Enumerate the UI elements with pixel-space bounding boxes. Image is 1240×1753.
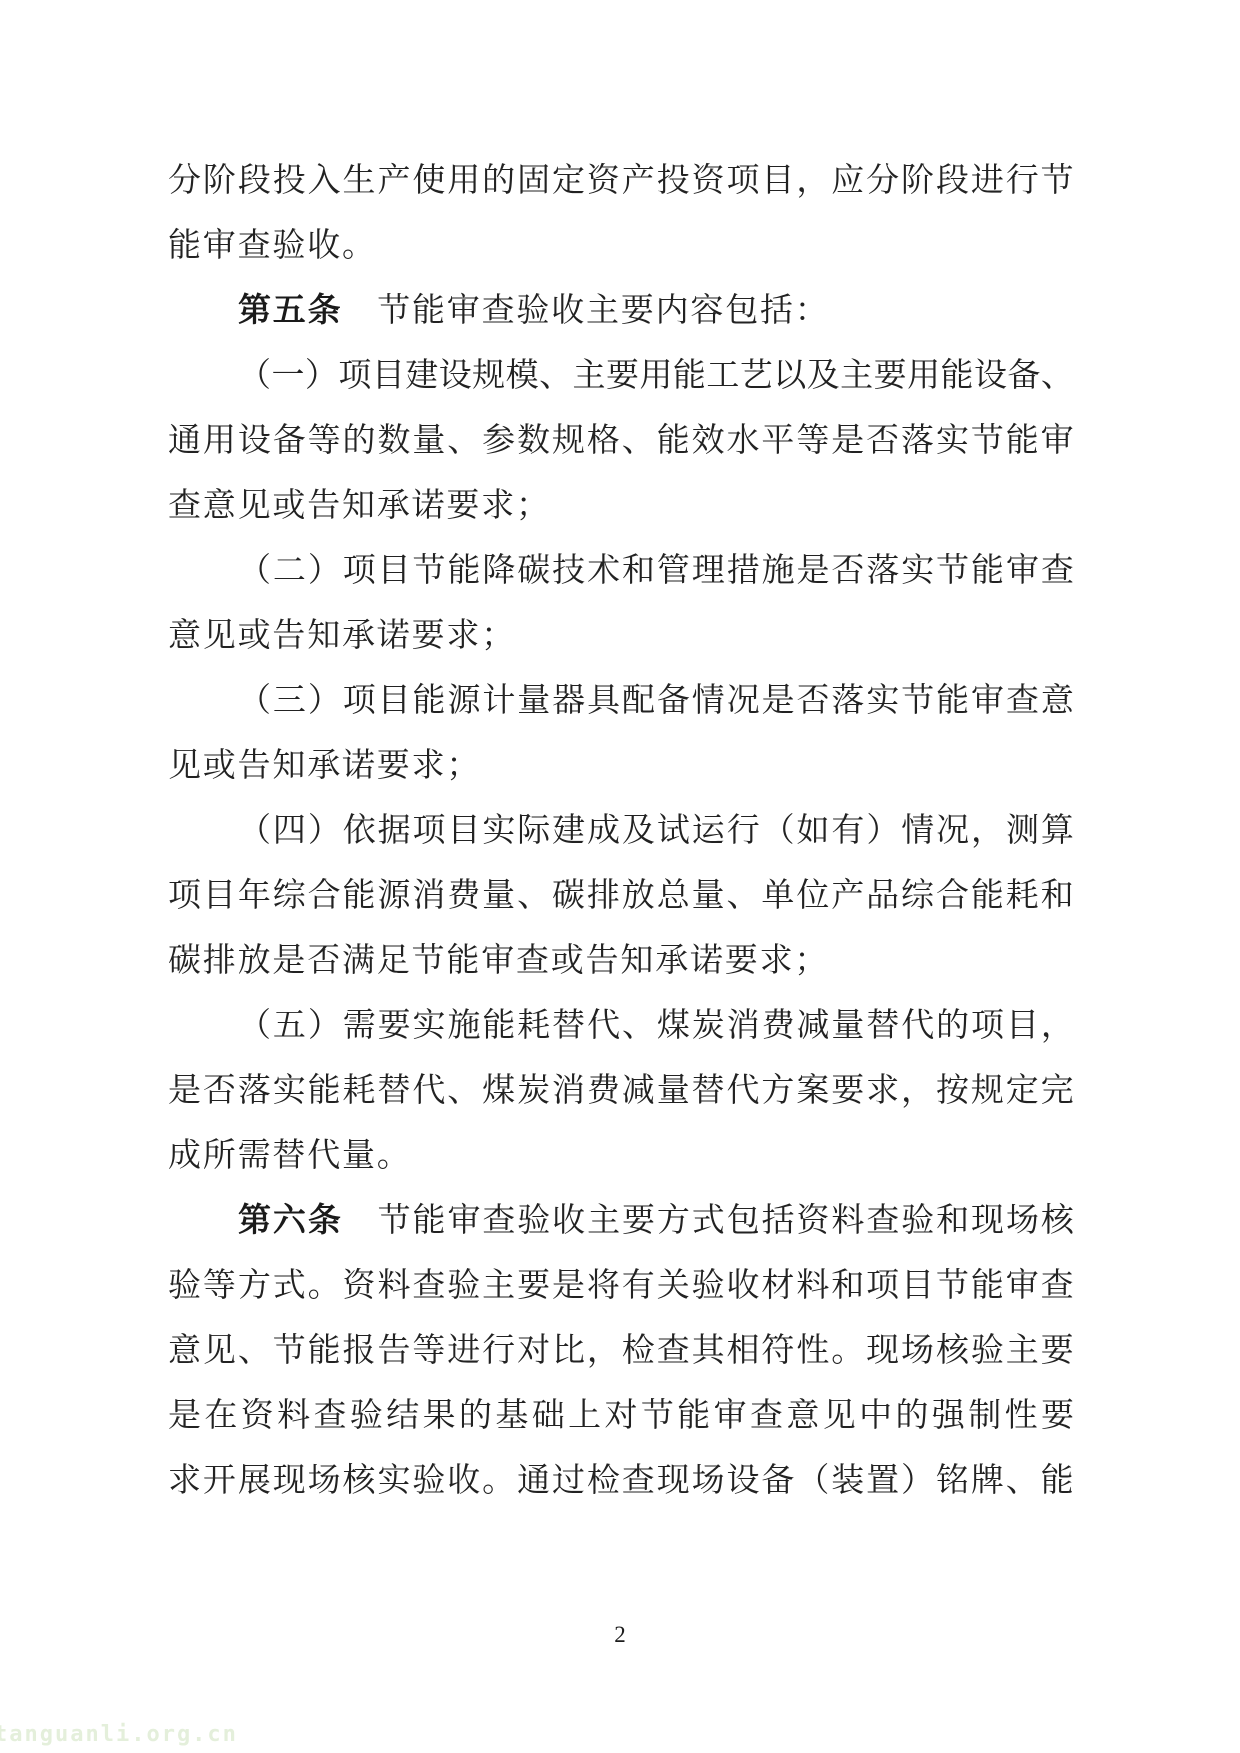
char: 设 — [238, 409, 271, 474]
char: ） — [866, 799, 899, 864]
char: 验 — [350, 1384, 383, 1449]
char: 行 — [482, 1319, 515, 1384]
char: 。 — [482, 1449, 515, 1514]
char: 实 — [377, 1449, 410, 1514]
text-line: （二）项目节能降碳技术和管理措施是否落实节能审查 — [168, 539, 1074, 604]
char: 装 — [831, 1449, 864, 1514]
char: 查 — [866, 1189, 899, 1254]
char: 现 — [273, 1449, 306, 1514]
char: 见 — [203, 1319, 236, 1384]
char: 耗 — [343, 1059, 376, 1124]
char: 计 — [482, 669, 515, 734]
char: 求 — [168, 1449, 201, 1514]
char: 料 — [796, 1254, 829, 1319]
char: 的 — [459, 1384, 492, 1449]
char: 查 — [314, 1384, 347, 1449]
char: 实 — [901, 539, 934, 604]
text-line: 分阶段投入生产使用的固定资产投资项目，应分阶段进行节 — [168, 149, 1074, 214]
text-line: 是在资料查验结果的基础上对节能审查意见中的强制性要 — [168, 1384, 1074, 1449]
bold-char: 条 — [308, 1189, 341, 1254]
char: 单 — [761, 864, 794, 929]
char: 节 — [936, 1254, 969, 1319]
char: 告 — [377, 1319, 410, 1384]
char: 资 — [343, 1254, 376, 1319]
char: 替 — [692, 1059, 725, 1124]
text-line: 通用设备等的数量、参数规格、能效水平等是否落实节能审 — [168, 409, 1074, 474]
char: 施 — [762, 539, 795, 604]
char: 碳 — [517, 539, 550, 604]
char: 场 — [1006, 1189, 1039, 1254]
char: 包 — [727, 1189, 760, 1254]
char: 际 — [517, 799, 550, 864]
char: （ — [238, 539, 271, 604]
bold-char: 六 — [273, 1189, 306, 1254]
char: 料 — [831, 1189, 864, 1254]
char: ， — [796, 149, 829, 214]
char: 术 — [587, 539, 620, 604]
char: 能 — [447, 539, 480, 604]
char: 试 — [657, 799, 690, 864]
char: 实 — [866, 669, 899, 734]
char: 方 — [761, 1059, 794, 1124]
char: 成 — [587, 799, 620, 864]
char: 通 — [168, 409, 201, 474]
char: 参 — [482, 409, 515, 474]
char: 能 — [343, 864, 376, 929]
char: 据 — [378, 799, 411, 864]
char: 二 — [273, 539, 306, 604]
text-line: 意见、节能报告等进行对比，检查其相符性。现场核验主要 — [168, 1319, 1074, 1384]
char: 定 — [1006, 1059, 1039, 1124]
char: 生 — [343, 149, 376, 214]
char: 设 — [974, 344, 1007, 409]
char: 在 — [204, 1384, 237, 1449]
text-line: 是否落实能耗替代、煤炭消费减量替代方案要求，按规定完 — [168, 1059, 1074, 1124]
char: 、 — [447, 409, 480, 474]
text-run: 意见或告知承诺要求； — [168, 618, 516, 654]
text-line: （五）需要实施能耗替代、煤炭消费减量替代的项目， — [168, 994, 1074, 1059]
char: 综 — [901, 864, 934, 929]
text-run: 见或告知承诺要求； — [168, 748, 481, 784]
char: 备 — [657, 669, 690, 734]
watermark: tanguanli.org.cn — [0, 1722, 238, 1747]
document-page: 分阶段投入生产使用的固定资产投资项目，应分阶段进行节能审查验收。第五条 节能审查… — [0, 0, 1240, 1753]
char: 要 — [517, 1254, 550, 1319]
char: 查 — [750, 1384, 783, 1449]
char: 费 — [762, 994, 795, 1059]
char: 、 — [727, 864, 760, 929]
char: 能 — [1041, 1449, 1074, 1514]
char: 实 — [482, 799, 515, 864]
char: 收 — [727, 1254, 760, 1319]
char: 、 — [1041, 344, 1074, 409]
char: 验 — [168, 1254, 201, 1319]
char: 工 — [706, 344, 739, 409]
char: 投 — [273, 149, 306, 214]
char: 实 — [273, 1059, 306, 1124]
char: 总 — [657, 864, 690, 929]
char: 对 — [517, 1319, 550, 1384]
char: 费 — [587, 1059, 620, 1124]
char: 验 — [412, 1449, 445, 1514]
char: 目 — [901, 1254, 934, 1319]
bold-char: 第 — [238, 1189, 271, 1254]
char: 审 — [447, 1189, 480, 1254]
char: 艺 — [740, 344, 773, 409]
char: 量 — [692, 864, 725, 929]
char: 数 — [377, 409, 410, 474]
char: 有 — [831, 799, 864, 864]
char: 的 — [936, 994, 969, 1059]
char: 审 — [1006, 539, 1039, 604]
char: 品 — [866, 864, 899, 929]
char: 础 — [532, 1384, 565, 1449]
page-number: 2 — [0, 1622, 1240, 1648]
char: 式 — [692, 1189, 725, 1254]
char: 的 — [482, 149, 515, 214]
char: 现 — [657, 1449, 690, 1514]
char: 设 — [439, 344, 472, 409]
char: 目 — [1006, 994, 1039, 1059]
char: 代 — [587, 994, 620, 1059]
text-line: 第六条 节能审查验收主要方式包括资料查验和现场核 — [168, 1189, 1074, 1254]
char: 落 — [901, 409, 934, 474]
char: 措 — [727, 539, 760, 604]
char: 管 — [657, 539, 690, 604]
char: 有 — [622, 1254, 655, 1319]
char: 效 — [692, 409, 725, 474]
char: 煤 — [657, 994, 690, 1059]
char: 依 — [343, 799, 376, 864]
char: 展 — [238, 1449, 271, 1514]
char: 材 — [761, 1254, 794, 1319]
char: 项 — [413, 799, 446, 864]
char: 验 — [692, 1254, 725, 1319]
text-run: 节能审查验收主要内容包括： — [342, 293, 829, 329]
char: 放 — [622, 864, 655, 929]
char: 要 — [831, 1059, 864, 1124]
char: 能 — [657, 409, 690, 474]
char: 中 — [859, 1384, 892, 1449]
char: 是 — [168, 1384, 201, 1449]
char: 能 — [308, 1319, 341, 1384]
char: 制 — [968, 1384, 1001, 1449]
char: 性 — [1005, 1384, 1038, 1449]
char: 收 — [447, 1449, 480, 1514]
char: 过 — [552, 1449, 585, 1514]
char: 量 — [482, 864, 515, 929]
char: 能 — [677, 1384, 710, 1449]
char: 节 — [901, 669, 934, 734]
char: 查 — [482, 1189, 515, 1254]
char: 应 — [831, 149, 864, 214]
char: 投 — [657, 149, 690, 214]
char: （ — [238, 669, 271, 734]
char: ， — [901, 1059, 934, 1124]
char: 审 — [1006, 1254, 1039, 1319]
char: 案 — [796, 1059, 829, 1124]
text-line: 碳排放是否满足节能审查或告知承诺要求； — [168, 929, 1074, 994]
char: 能 — [413, 1189, 446, 1254]
char: 能 — [413, 669, 446, 734]
char: 用 — [907, 344, 940, 409]
char: 合 — [308, 864, 341, 929]
char: 替 — [866, 994, 899, 1059]
char: 替 — [377, 1059, 410, 1124]
char: 定 — [552, 149, 585, 214]
char: 行 — [1006, 149, 1039, 214]
char: 以 — [773, 344, 806, 409]
char: 备 — [761, 1449, 794, 1514]
char: 能 — [936, 669, 969, 734]
char: 建 — [405, 344, 438, 409]
char: （ — [238, 799, 271, 864]
char: 段 — [936, 149, 969, 214]
char: 验 — [971, 1319, 1004, 1384]
char: 置 — [866, 1449, 899, 1514]
char: 建 — [552, 799, 585, 864]
char: 消 — [727, 994, 760, 1059]
char: ， — [971, 799, 1004, 864]
char: 检 — [622, 1319, 655, 1384]
char: 其 — [692, 1319, 725, 1384]
char: 基 — [495, 1384, 528, 1449]
char: 段 — [238, 149, 271, 214]
char: 查 — [622, 1449, 655, 1514]
char: 完 — [1041, 1059, 1074, 1124]
char: 能 — [971, 1254, 1004, 1319]
char: 求 — [866, 1059, 899, 1124]
char: 结 — [386, 1384, 419, 1449]
char: 是 — [168, 1059, 201, 1124]
text-line: （一）项目建设规模、主要用能工艺以及主要用能设备、 — [168, 344, 1074, 409]
char: 进 — [971, 149, 1004, 214]
char: 设 — [727, 1449, 760, 1514]
char: 年 — [238, 864, 271, 929]
char: 、 — [622, 409, 655, 474]
char: 铭 — [936, 1449, 969, 1514]
char: 产 — [377, 149, 410, 214]
char: （ — [762, 799, 795, 864]
char: 代 — [727, 1059, 760, 1124]
char: 模 — [506, 344, 539, 409]
char: 耗 — [517, 994, 550, 1059]
char: 能 — [1006, 409, 1039, 474]
char: 式 — [273, 1254, 306, 1319]
char: 排 — [587, 864, 620, 929]
char: 能 — [308, 1059, 341, 1124]
char: 现 — [971, 1189, 1004, 1254]
char: 、 — [1006, 1449, 1039, 1514]
char: 是 — [797, 539, 830, 604]
char: 阶 — [203, 149, 236, 214]
char: 上 — [568, 1384, 601, 1449]
text-line: （三）项目能源计量器具配备情况是否落实节能审查意 — [168, 669, 1074, 734]
char: 减 — [797, 994, 830, 1059]
char: 果 — [423, 1384, 456, 1449]
char: 使 — [412, 149, 445, 214]
char: 位 — [796, 864, 829, 929]
char: 规 — [971, 1059, 1004, 1124]
char: 对 — [605, 1384, 638, 1449]
text-line: 求开展现场核实验收。通过检查现场设备（装置）铭牌、能 — [168, 1449, 1074, 1514]
char: 代 — [412, 1059, 445, 1124]
char: 代 — [901, 994, 934, 1059]
char: 规 — [472, 344, 505, 409]
char: 资 — [241, 1384, 274, 1449]
char: 目 — [372, 344, 405, 409]
char: ） — [308, 799, 341, 864]
char: 节 — [273, 1319, 306, 1384]
char: 量 — [657, 1059, 690, 1124]
char: 等 — [412, 1319, 445, 1384]
char: 理 — [692, 539, 725, 604]
char: 五 — [273, 994, 306, 1059]
char: 资 — [692, 149, 725, 214]
char: ） — [308, 669, 341, 734]
char: 将 — [587, 1254, 620, 1319]
char: 配 — [622, 669, 655, 734]
char: 要 — [1041, 1384, 1074, 1449]
char: 目 — [203, 864, 236, 929]
char: 量 — [517, 669, 550, 734]
char: 量 — [831, 994, 864, 1059]
text-line: 查意见或告知承诺要求； — [168, 474, 1074, 539]
char: 的 — [343, 409, 376, 474]
char: 减 — [622, 1059, 655, 1124]
char: 落 — [866, 539, 899, 604]
text-lines: 分阶段投入生产使用的固定资产投资项目，应分阶段进行节能审查验收。第五条 节能审查… — [168, 149, 1074, 1514]
char: 消 — [412, 864, 445, 929]
char: 实 — [413, 994, 446, 1059]
char: 节 — [936, 539, 969, 604]
char: 源 — [377, 864, 410, 929]
char: 量 — [412, 409, 445, 474]
char: 要 — [622, 1189, 655, 1254]
char: 况 — [936, 799, 969, 864]
char: 合 — [936, 864, 969, 929]
char: ， — [1041, 994, 1074, 1059]
char: 及 — [622, 799, 655, 864]
char: 审 — [1041, 409, 1074, 474]
text-line: 意见或告知承诺要求； — [168, 604, 1074, 669]
char: 审 — [714, 1384, 747, 1449]
char: 行 — [727, 799, 760, 864]
char: 碳 — [552, 864, 585, 929]
char: 项 — [866, 1254, 899, 1319]
char: 规 — [552, 409, 585, 474]
char: 如 — [797, 799, 830, 864]
char: 综 — [273, 864, 306, 929]
char: 符 — [761, 1319, 794, 1384]
char: 。 — [831, 1319, 864, 1384]
char: 能 — [941, 344, 974, 409]
char: 落 — [238, 1059, 271, 1124]
char: 情 — [692, 669, 725, 734]
char: 意 — [168, 1319, 201, 1384]
char: 目 — [378, 669, 411, 734]
char: 能 — [482, 994, 515, 1059]
char: 目 — [378, 539, 411, 604]
char: 目 — [447, 799, 480, 864]
char: 分 — [168, 149, 201, 214]
char — [343, 1189, 376, 1254]
char: 查 — [1006, 669, 1039, 734]
char: 节 — [378, 1189, 411, 1254]
char: （ — [238, 994, 271, 1059]
text-line: 第五条 节能审查验收主要内容包括： — [168, 279, 1074, 344]
char: 项 — [971, 994, 1004, 1059]
char: 炭 — [692, 994, 725, 1059]
char: 产 — [622, 149, 655, 214]
char: 核 — [936, 1319, 969, 1384]
char: 落 — [831, 669, 864, 734]
char: 场 — [692, 1449, 725, 1514]
char: 煤 — [482, 1059, 515, 1124]
char: 费 — [447, 864, 480, 929]
char: 备 — [273, 409, 306, 474]
text-run: 能审查验收。 — [168, 228, 377, 264]
char: 验 — [517, 1189, 550, 1254]
char: 格 — [587, 409, 620, 474]
char: 报 — [343, 1319, 376, 1384]
char: 具 — [587, 669, 620, 734]
char: ） — [305, 344, 338, 409]
char: ， — [587, 1319, 620, 1384]
char: 备 — [1007, 344, 1040, 409]
char: 场 — [901, 1319, 934, 1384]
char: 源 — [447, 669, 480, 734]
char: 料 — [377, 1254, 410, 1319]
char: 、 — [447, 1059, 480, 1124]
char: 通 — [517, 1449, 550, 1514]
char: 项 — [338, 344, 371, 409]
char: 产 — [831, 864, 864, 929]
char: 相 — [727, 1319, 760, 1384]
char: 和 — [936, 1189, 969, 1254]
char: 核 — [1041, 1189, 1074, 1254]
char: 要 — [874, 344, 907, 409]
char: 水 — [727, 409, 760, 474]
char: 和 — [622, 539, 655, 604]
char: 资 — [587, 149, 620, 214]
text-line: 能审查验收。 — [168, 214, 1074, 279]
char: 方 — [238, 1254, 271, 1319]
char: 要 — [606, 344, 639, 409]
article-heading: 第五条 — [238, 293, 342, 329]
char: 关 — [657, 1254, 690, 1319]
char: 性 — [796, 1319, 829, 1384]
char: 替 — [552, 994, 585, 1059]
char: 平 — [761, 409, 794, 474]
char: 一 — [271, 344, 304, 409]
char: 能 — [971, 864, 1004, 929]
text-line: （四）依据项目实际建成及试运行（如有）情况，测算 — [168, 799, 1074, 864]
text-run: 查意见或告知承诺要求； — [168, 488, 551, 524]
char: 阶 — [901, 149, 934, 214]
char: 主 — [573, 344, 606, 409]
char: 是 — [831, 409, 864, 474]
char: 用 — [447, 149, 480, 214]
char: 开 — [203, 1449, 236, 1514]
char: 要 — [1041, 1319, 1074, 1384]
char: 况 — [727, 669, 760, 734]
char: 料 — [277, 1384, 310, 1449]
char: ） — [901, 1449, 934, 1514]
char: 按 — [936, 1059, 969, 1124]
char: 节 — [641, 1384, 674, 1449]
char: 分 — [866, 149, 899, 214]
